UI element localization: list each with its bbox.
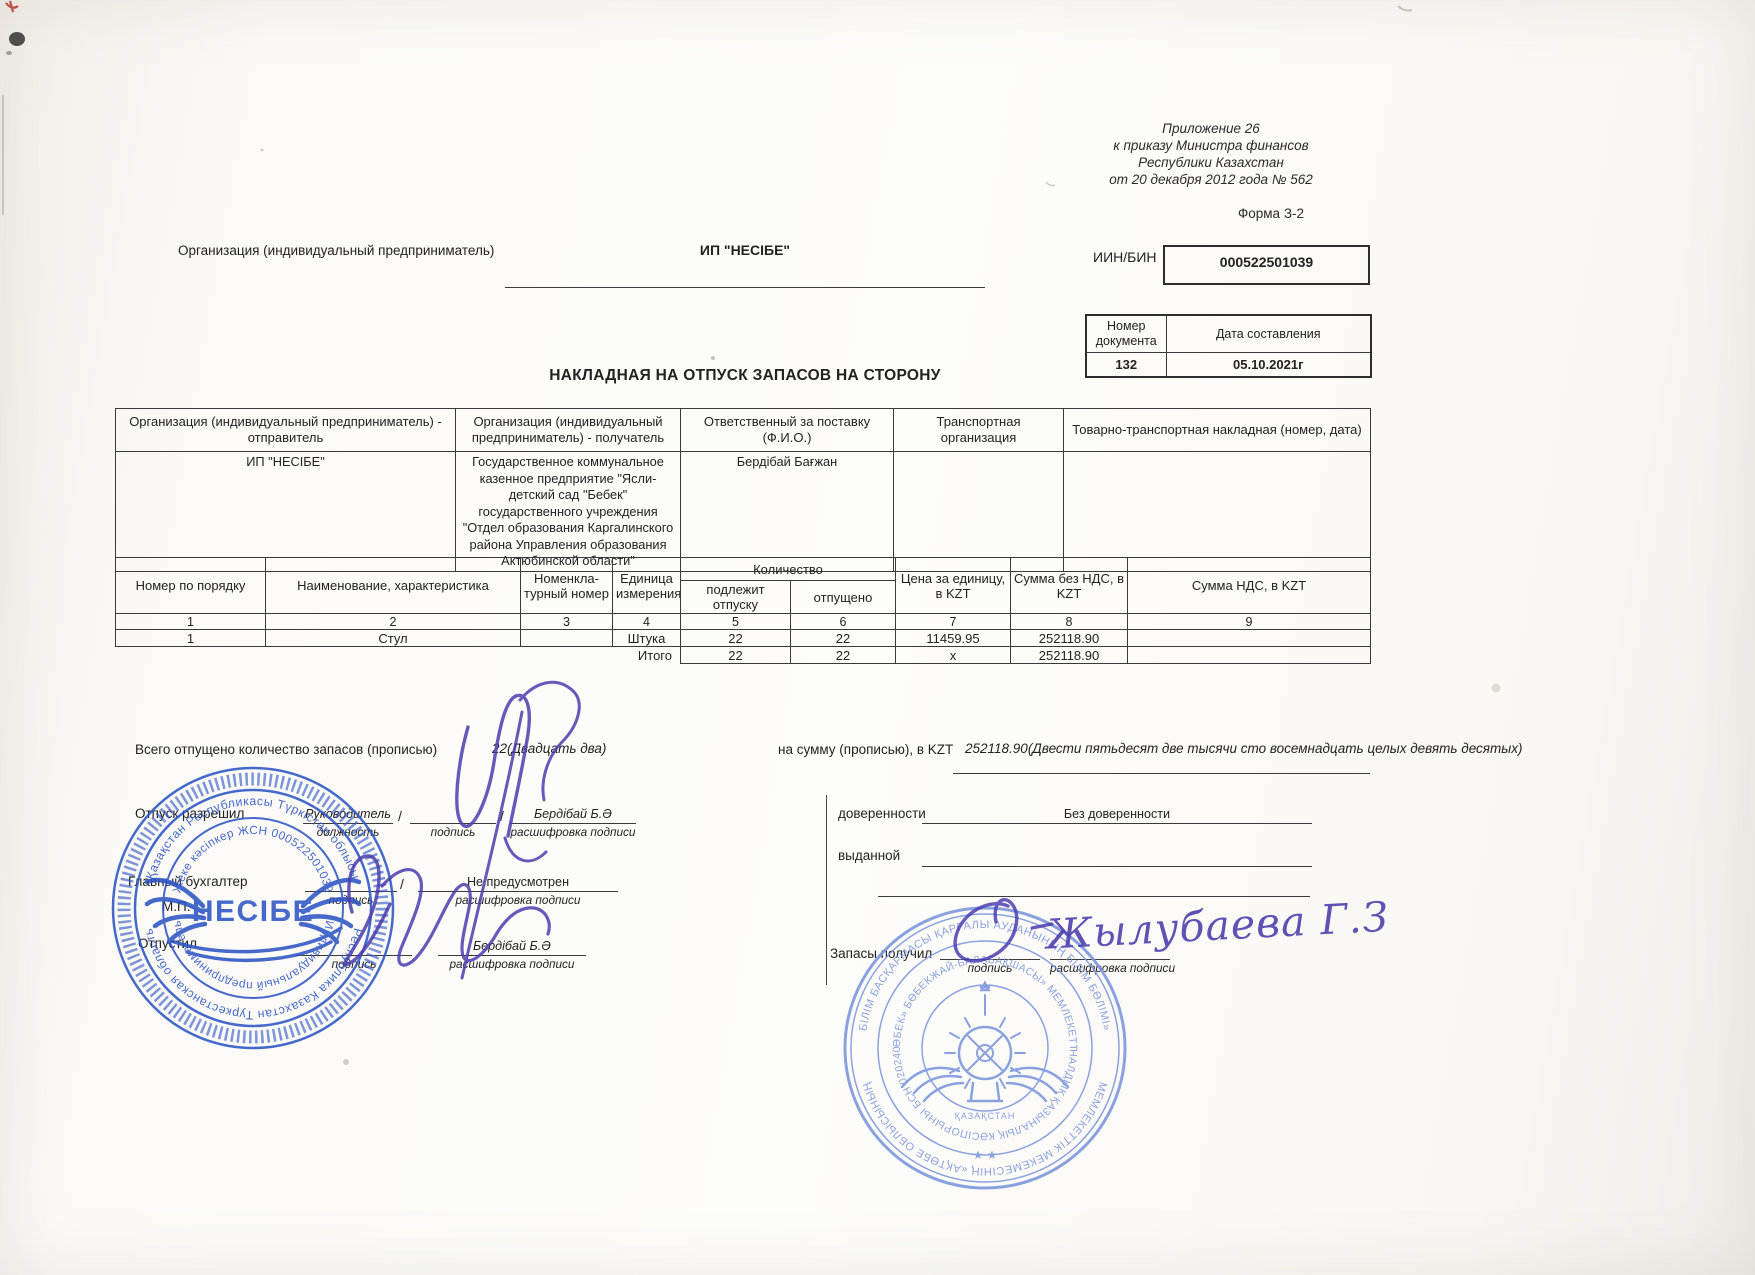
document-title: НАКЛАДНАЯ НА ОТПУСК ЗАПАСОВ НА СТОРОНУ — [400, 367, 1090, 385]
form-number-label: Форма З-2 — [1238, 206, 1304, 221]
colnum: 6 — [791, 614, 896, 630]
col-sum-vat-header: Сумма НДС, в KZT — [1128, 558, 1371, 614]
separator-slash: / — [398, 808, 402, 824]
spacer — [266, 647, 521, 664]
parties-table: Организация (индивидуальный предпринимат… — [115, 408, 1371, 572]
decode-caption: расшифровка подписи — [1050, 960, 1170, 975]
total-price-x: х — [896, 647, 1011, 664]
sign-caption: подпись — [410, 824, 496, 839]
item-row: 1 Стул Штука 22 22 11459.95 252118.90 — [116, 630, 1371, 647]
colnum: 4 — [613, 614, 681, 630]
total-label: Итого — [613, 647, 681, 664]
accountant-name-field: Не предусмотрен расшифровка подписи — [418, 874, 618, 907]
item-sum-vat — [1128, 630, 1371, 647]
decode-caption: расшифровка подписи — [438, 956, 586, 971]
colnum: 8 — [1011, 614, 1128, 630]
attorney-label: доверенности — [838, 806, 926, 821]
item-number: 1 — [116, 630, 266, 647]
sign-caption: подпись — [296, 956, 412, 971]
qty-inwords-value: 22(Двадцать два) — [492, 741, 606, 756]
release-name-value: Бердібай Б.Ә — [510, 806, 636, 824]
col-name-header: Наименование, характеристика — [266, 558, 521, 614]
col-released-header: отпущено — [791, 581, 896, 614]
receiver-value: Государственное коммунальное казенное пр… — [456, 452, 681, 572]
spacer — [116, 647, 266, 664]
total-qty-released: 22 — [791, 647, 896, 664]
total-sum-novat: 252118.90 — [1011, 647, 1128, 664]
col-tobe-released-header: подлежит отпуску — [681, 581, 791, 614]
sign-caption: подпись — [305, 892, 397, 907]
organization-value: ИП "НЕСІБЕ" — [500, 242, 990, 258]
appendix-line: от 20 декабря 2012 года № 562 — [1046, 171, 1376, 188]
organization-underline — [505, 287, 985, 288]
attorney-field: Без доверенности — [922, 806, 1312, 824]
ttn-value — [1064, 452, 1371, 572]
iin-bin-label: ИИН/БИН — [1093, 249, 1157, 265]
col-number-header: Номер по порядку — [116, 558, 266, 614]
item-nomenclature — [521, 630, 613, 647]
round-stamp-nesibe: Қазақстан Республикасы Түркістан облысы … — [103, 758, 403, 1058]
colnum: 1 — [116, 614, 266, 630]
total-qty-tobe: 22 — [681, 647, 791, 664]
items-header-row-1: Номер по порядку Наименование, характери… — [116, 558, 1371, 581]
appendix-line: к приказу Министра финансов — [1046, 137, 1376, 154]
col-nomenclature-header: Номенкла-турный номер — [521, 558, 613, 614]
appendix-line: Республики Казахстан — [1046, 154, 1376, 171]
sender-header: Организация (индивидуальный предпринимат… — [116, 409, 456, 452]
svg-text:«БӨБЕК» БӨБЕКЖАЙ-БАЛАБАҚШАСЫ»: «БӨБЕК» БӨБЕКЖАЙ-БАЛАБАҚШАСЫ» МЕМЛЕКЕТТІ… — [840, 903, 1079, 1051]
item-unit: Штука — [613, 630, 681, 647]
position-caption: должность — [303, 824, 393, 839]
scanned-waybill-document: Приложение 26 к приказу Министра финансо… — [0, 0, 1755, 1275]
kazakhstan-emblem-icon — [902, 983, 1068, 1101]
colnum: 3 — [521, 614, 613, 630]
svg-text:МЕМЛЕКЕТТІК МЕКЕМЕСІНІҢ «АҚТӨБ: МЕМЛЕКЕТТІК МЕКЕМЕСІНІҢ «АҚТӨБЕ ОБЛЫСЫНЫ… — [861, 1080, 1109, 1177]
received-label: Запасы получил — [830, 946, 932, 961]
item-sum-novat: 252118.90 — [1011, 630, 1128, 647]
iin-bin-value-box: 000522501039 — [1163, 245, 1370, 285]
position-value: Руководитель — [303, 806, 393, 824]
released-name-field: Бердібай Б.Ә расшифровка подписи — [438, 938, 586, 971]
accountant-sign-line — [305, 874, 397, 892]
accountant-name-value: Не предусмотрен — [418, 874, 618, 892]
colnum: 9 — [1128, 614, 1371, 630]
attorney-value: Без доверенности — [922, 806, 1312, 824]
item-qty-tobe: 22 — [681, 630, 791, 647]
stamp-ring-text: МЕМЛЕКЕТТІК МЕКЕМЕСІНІҢ «АҚТӨБЕ ОБЛЫСЫНЫ… — [861, 1080, 1109, 1177]
item-name: Стул — [266, 630, 521, 647]
organization-label: Организация (индивидуальный предпринимат… — [178, 243, 494, 258]
ttn-header: Товарно-транспортная накладная (номер, д… — [1064, 409, 1371, 452]
colnum: 2 — [266, 614, 521, 630]
item-price: 11459.95 — [896, 630, 1011, 647]
mp-label: М.П. — [162, 899, 190, 914]
signature-column-divider — [826, 795, 827, 985]
doc-number-value: 132 — [1086, 353, 1166, 378]
released-sign-field: подпись — [296, 938, 412, 971]
appendix-line: Приложение 26 — [1046, 120, 1376, 137]
accountant-sign-field: подпись — [305, 874, 397, 907]
release-name-field: Бердібай Б.Ә расшифровка подписи — [510, 806, 636, 839]
separator-slash: / — [400, 876, 404, 892]
transport-org-value — [894, 452, 1064, 572]
issued-label: выданной — [838, 848, 900, 863]
col-price-header: Цена за единицу, в KZT — [896, 558, 1011, 614]
col-sum-novat-header: Сумма без НДС, в KZT — [1011, 558, 1128, 614]
item-qty-released: 22 — [791, 630, 896, 647]
released-label: Отпустил — [138, 936, 197, 951]
doc-date-header: Дата составления — [1166, 315, 1371, 353]
transport-org-header: Транспортная организация — [894, 409, 1064, 452]
doc-date-value: 05.10.2021г — [1166, 353, 1371, 378]
colnum: 5 — [681, 614, 791, 630]
stamp-stars: ★ ★ — [973, 1148, 998, 1162]
sum-inwords-value: 252118.90(Двести пятьдесят две тысячи ст… — [965, 741, 1522, 756]
receiver-header: Организация (индивидуальный предпринимат… — [456, 409, 681, 452]
release-sign-line — [410, 806, 496, 824]
items-table: Номер по порядку Наименование, характери… — [115, 557, 1371, 664]
svg-text:КОММУНАЛДЫҚ ҚАЗЫНАЛЫҚ КӘСІПОРЫ: КОММУНАЛДЫҚ ҚАЗЫНАЛЫҚ КӘСІПОРЫНЫ БСН 020… — [840, 903, 1079, 1142]
received-name-handwriting: Жылубаева Г.З — [1045, 893, 1377, 958]
released-name-value: Бердібай Б.Ә — [438, 938, 586, 956]
decode-caption: расшифровка подписи — [418, 892, 618, 907]
stamp-ring-text: «БӨБЕК» БӨБЕКЖАЙ-БАЛАБАҚШАСЫ» МЕМЛЕКЕТТІ… — [840, 903, 1079, 1051]
release-allowed-label: Отпуск разрешил — [135, 806, 244, 821]
colnum: 7 — [896, 614, 1011, 630]
document-info-table: Номер документа Дата составления 132 05.… — [1085, 314, 1372, 378]
appendix-note: Приложение 26 к приказу Министра финансо… — [1046, 120, 1376, 188]
sum-inwords-label: на сумму (прописью), в KZT — [778, 742, 953, 757]
parties-data-row: ИП "НЕСІБЕ" Государственное коммунальное… — [116, 452, 1371, 572]
separator-slash: / — [500, 808, 504, 824]
sign-caption: подпись — [940, 960, 1040, 975]
released-sign-line — [296, 938, 412, 956]
release-sign-field: подпись — [410, 806, 496, 839]
doc-number-header: Номер документа — [1086, 315, 1166, 353]
col-quantity-header: Количество — [681, 558, 896, 581]
qty-inwords-label: Всего отпущено количество запасов (пропи… — [135, 742, 437, 757]
stamp-ring-text: КОММУНАЛДЫҚ ҚАЗЫНАЛЫҚ КӘСІПОРЫНЫ БСН 020… — [840, 903, 1079, 1142]
decode-caption: расшифровка подписи — [510, 824, 636, 839]
responsible-value: Бердібай Бағжан — [681, 452, 894, 572]
sender-value: ИП "НЕСІБЕ" — [116, 452, 456, 572]
col-unit-header: Единица измерения — [613, 558, 681, 614]
received-sign-line — [940, 942, 1040, 960]
stamp-center-name: НЕСІБЕ — [192, 895, 314, 928]
parties-header-row: Организация (индивидуальный предпринимат… — [116, 409, 1371, 452]
position-field: Руководитель должность — [303, 806, 393, 839]
items-colnum-row: 1 2 3 4 5 6 7 8 9 — [116, 614, 1371, 630]
extra-line — [878, 896, 1310, 897]
responsible-header: Ответственный за поставку (Ф.И.О.) — [681, 409, 894, 452]
emblem-caption: ҚАЗАҚСТАН — [955, 1111, 1016, 1121]
received-sign-field: подпись — [940, 942, 1040, 975]
total-sum-vat — [1128, 647, 1371, 664]
chief-accountant-label: Главный бухгалтер — [128, 874, 248, 889]
spacer — [521, 647, 613, 664]
issued-line — [922, 866, 1312, 867]
items-total-row: Итого 22 22 х 252118.90 — [116, 647, 1371, 664]
sum-underline — [953, 773, 1370, 774]
